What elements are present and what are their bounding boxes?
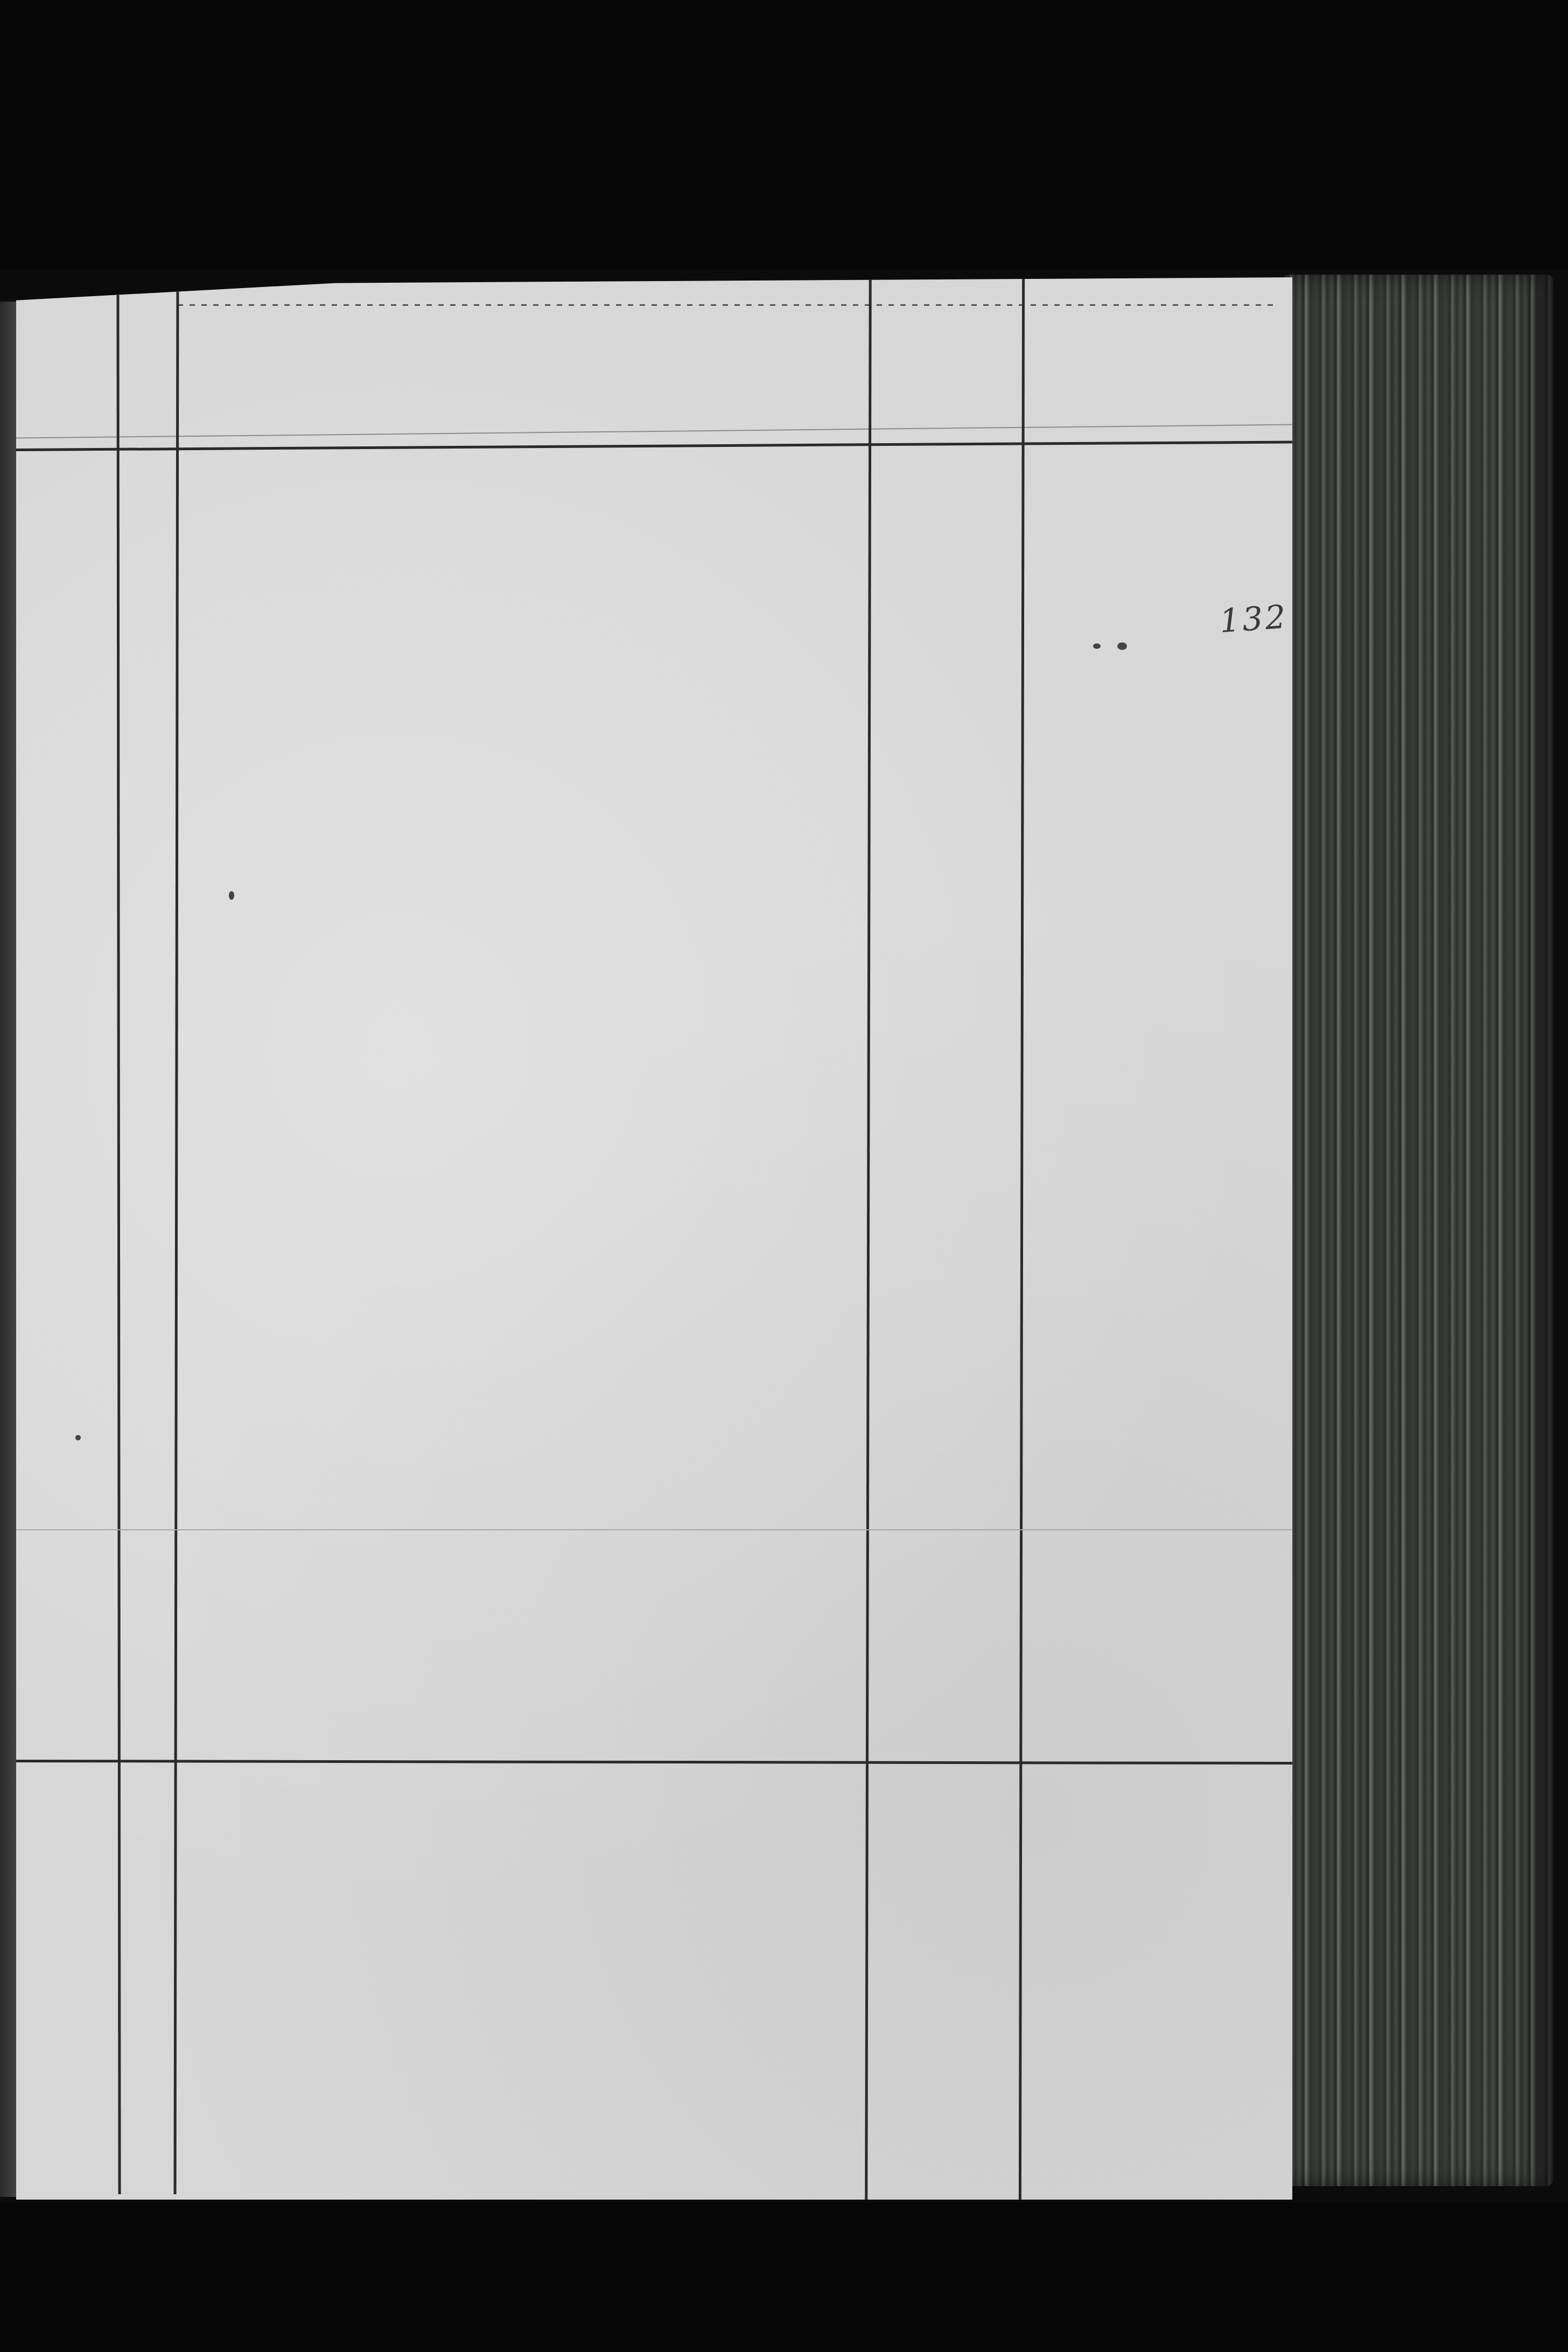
book-page-edges — [1284, 275, 1553, 2186]
ink-speck — [229, 891, 234, 900]
faint-rule-middle — [16, 1529, 1292, 1530]
header-rule — [16, 441, 1292, 451]
column-rule-2 — [174, 277, 179, 2194]
total-rule — [16, 1760, 1292, 1765]
scan-background-bottom — [0, 2202, 1568, 2352]
column-rule-3 — [865, 277, 871, 2200]
ink-speck — [1093, 643, 1101, 649]
page-number: 132 — [1219, 598, 1289, 641]
ink-speck — [75, 1435, 81, 1440]
column-rule-1 — [116, 283, 121, 2194]
faint-rule-top — [16, 424, 1292, 439]
scan-background-top — [0, 0, 1568, 269]
header-dotted-rule — [178, 304, 1276, 306]
ink-speck — [1117, 642, 1127, 650]
ledger-page: 132 — [16, 277, 1292, 2200]
column-rule-4 — [1019, 277, 1025, 2200]
